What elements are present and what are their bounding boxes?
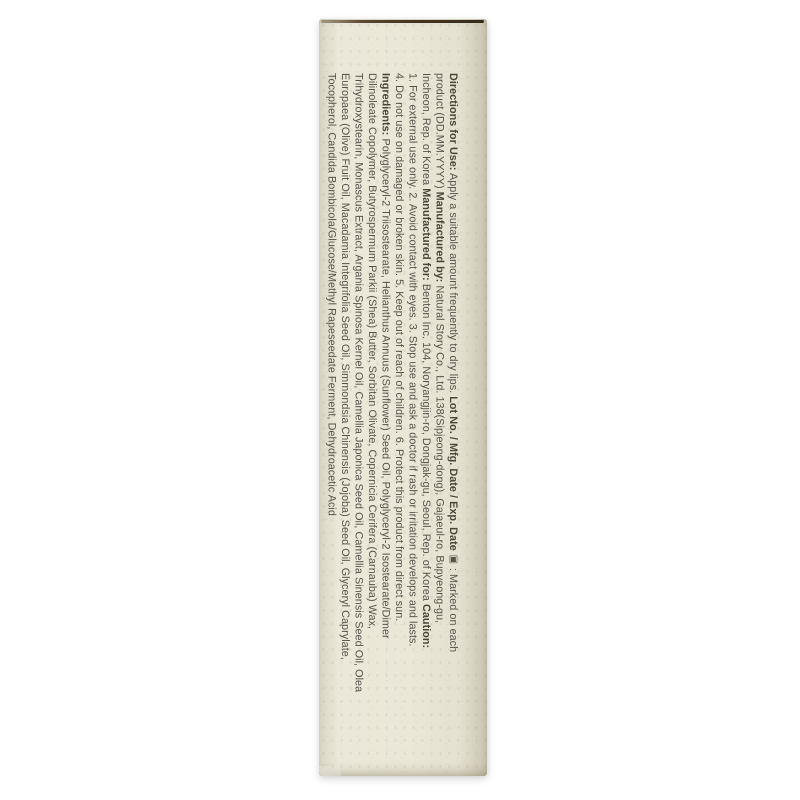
package-text-line: Directions for Use: Apply a suitable amo…	[446, 73, 461, 763]
text-segment: Natural Story Co., Ltd. 138(Sipjeong-don…	[434, 282, 446, 623]
text-segment: Trihydroxystearin, Monascus Extract, Arg…	[353, 73, 365, 692]
package-text-line: product (DD.MM.YYYY) Manufactured by: Na…	[432, 73, 446, 763]
box-top-edge	[321, 20, 484, 23]
package-text-line: 4. Do not use on damaged or broken skin.…	[392, 73, 406, 763]
text-segment: Directions for Use:	[447, 73, 459, 171]
package-text-line: Incheon, Rep. of Korea Manufactured for:…	[419, 73, 433, 763]
text-segment: Apply a suitable amount frequently to dr…	[447, 171, 459, 397]
text-segment: Manufactured by:	[434, 192, 446, 283]
box-corner-wear	[319, 766, 341, 776]
text-segment: Incheon, Rep. of Korea	[420, 73, 432, 188]
text-segment: Lot No. / Mfg. Date / Exp. Date	[447, 396, 459, 554]
package-text-line: Ingredients: Polyglyceryl-2 Triisosteara…	[378, 73, 392, 763]
text-segment: product (DD.MM.YYYY)	[434, 73, 446, 192]
package-text-line: Europaea (Olive) Fruit Oil, Macadamia In…	[338, 73, 352, 763]
text-segment: 1. For external use only. 2. Avoid conta…	[407, 73, 419, 647]
stamp-icon: ▣	[448, 554, 459, 565]
text-segment: Tocopherol, Candida Bombicola/Glucose/Me…	[326, 73, 338, 516]
package-text-block: Directions for Use: Apply a suitable amo…	[324, 73, 460, 763]
product-box: Directions for Use: Apply a suitable amo…	[319, 19, 487, 776]
text-segment: Europaea (Olive) Fruit Oil, Macadamia In…	[339, 73, 351, 660]
package-text-line: Trihydroxystearin, Monascus Extract, Arg…	[351, 73, 365, 763]
photo-background: Directions for Use: Apply a suitable amo…	[0, 0, 800, 800]
package-text-line: Tocopherol, Candida Bombicola/Glucose/Me…	[324, 73, 338, 763]
package-text-line: 1. For external use only. 2. Avoid conta…	[405, 73, 419, 763]
text-segment: Benton Inc. 104, Noryangjin-ro, Dongjak-…	[420, 281, 432, 604]
text-segment: 4. Do not use on damaged or broken skin.…	[393, 73, 405, 621]
text-segment: : Marked on each	[447, 565, 459, 652]
text-segment: Caution:	[420, 604, 432, 648]
text-segment: Dilinoleate Copolymer, Butyrospermum Par…	[366, 73, 378, 629]
text-segment: Polyglyceryl-2 Triisostearate, Helianthu…	[380, 135, 392, 638]
text-segment: Manufactured for:	[420, 188, 432, 281]
text-segment: Ingredients:	[380, 73, 392, 135]
package-text-line: Dilinoleate Copolymer, Butyrospermum Par…	[365, 73, 379, 763]
